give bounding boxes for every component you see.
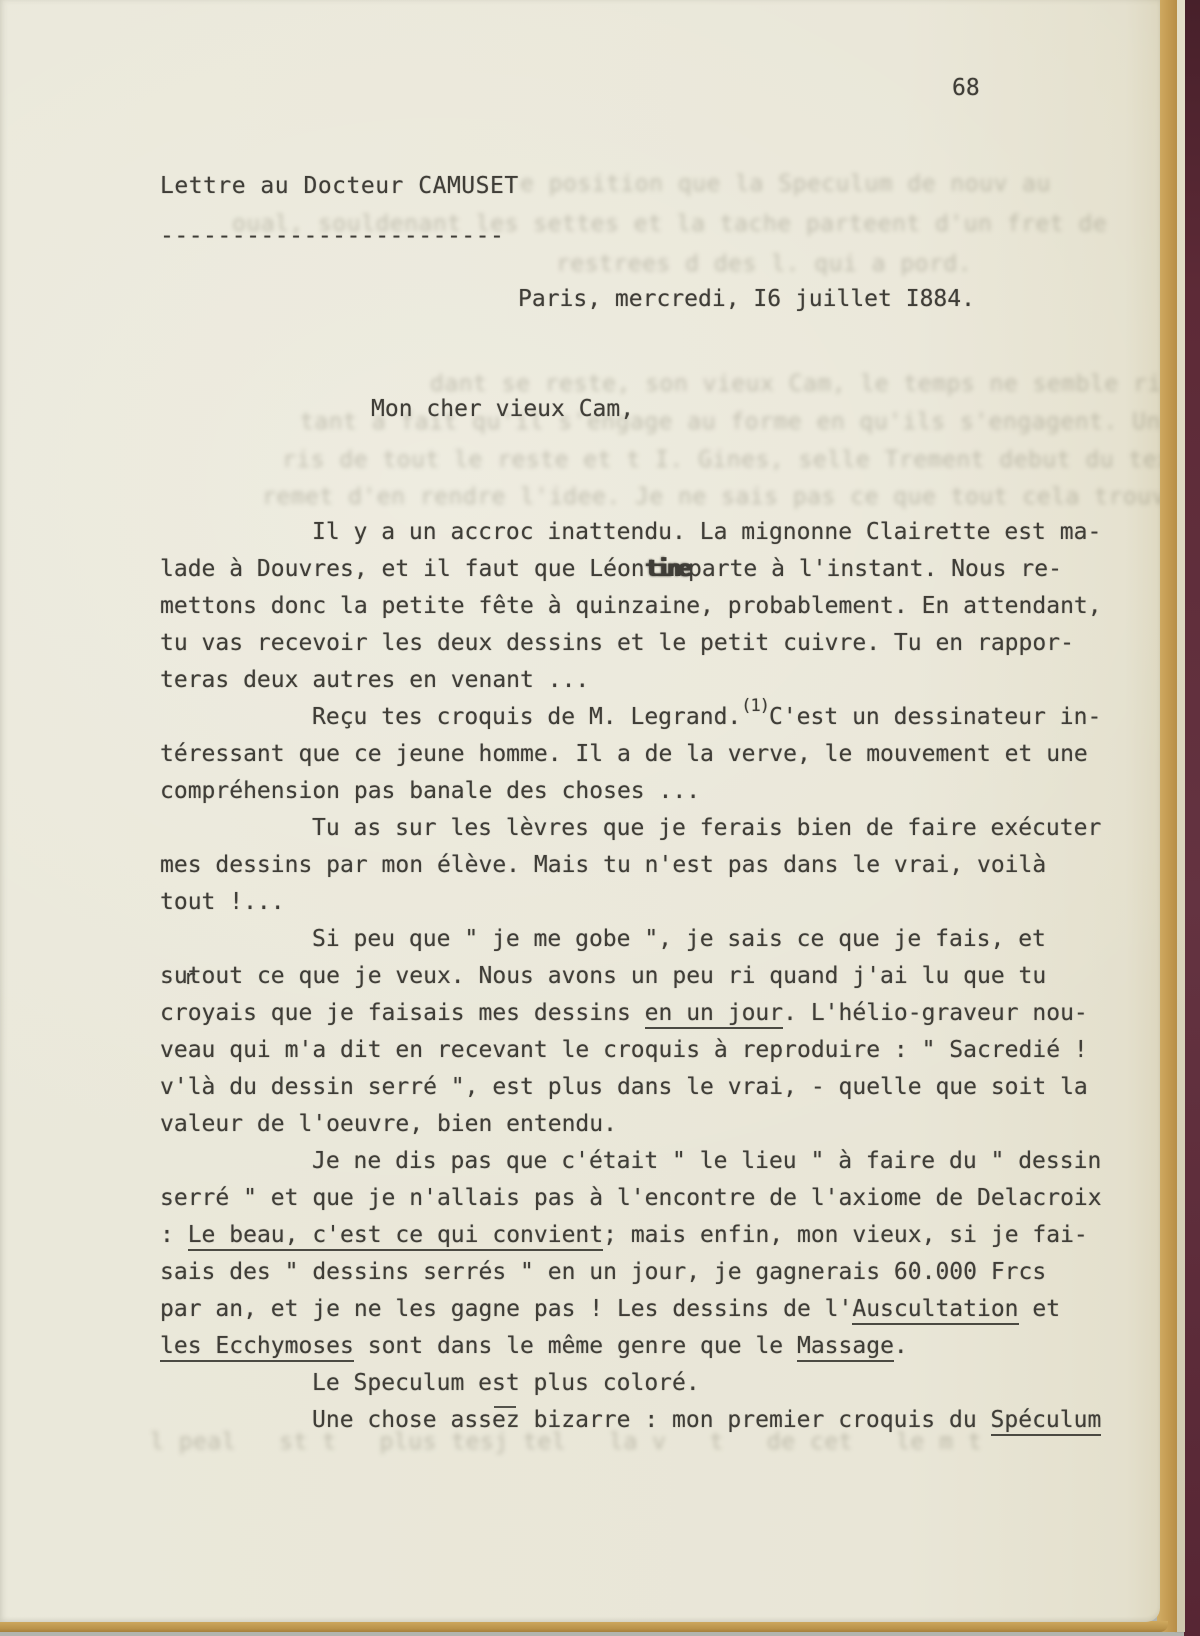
inner-page-edge: [1176, 0, 1185, 1632]
body-line: lade à Douvres, et il faut que Léontinep…: [160, 551, 1160, 588]
text-segment: ; mais enfin, mon vieux, si je fai-: [603, 1222, 1088, 1248]
text-segment-sup: (1): [741, 688, 769, 725]
text-segment: Il y a un accroc inattendu. La mignonne …: [312, 519, 1101, 545]
text-segment: téressant que ce jeune homme. Il a de la…: [160, 741, 1088, 767]
text-segment: mes dessins par mon élève. Mais tu n'est…: [160, 852, 1046, 878]
text-segment: . L'hélio-graveur nou-: [783, 1000, 1088, 1026]
text-segment: mettons donc la petite fête à quinzaine,…: [160, 593, 1102, 619]
salutation: Mon cher vieux Cam,: [371, 391, 634, 428]
text-segment: parte à l'instant. Nous re-: [688, 556, 1062, 582]
text-segment: teras deux autres en venant ...: [160, 667, 589, 693]
text-segment: sais des " dessins serrés " en un jour, …: [160, 1259, 1046, 1285]
letter-title: Lettre au Docteur CAMUSET: [160, 168, 519, 205]
body-line: tout !...: [160, 884, 1160, 921]
body-line: valeur de l'oeuvre, bien entendu.: [160, 1106, 1160, 1143]
text-segment: Une chose ass: [312, 1407, 492, 1433]
text-segment: croyais que je faisais mes dessins: [160, 1000, 645, 1026]
body-line: Si peu que " je me gobe ", je sais ce qu…: [160, 921, 1160, 958]
text-segment-strike: tine: [645, 556, 688, 582]
body-line: serré " et que je n'allais pas à l'encon…: [160, 1180, 1160, 1217]
text-segment: tout !...: [160, 889, 285, 915]
text-segment: compréhension pas banale des choses ...: [160, 778, 700, 804]
body-line: teras deux autres en venant ...: [160, 662, 1160, 699]
letter-body: Il y a un accroc inattendu. La mignonne …: [160, 514, 1160, 1449]
letter-page: e position que la Speculum de nouv auoua…: [0, 0, 1160, 1622]
body-line: veau qui m'a dit en recevant le croquis …: [160, 1032, 1160, 1069]
body-line: tu vas recevoir les deux dessins et le p…: [160, 625, 1160, 662]
bleedthrough-line: restrees d des l. qui a pord.: [556, 246, 972, 283]
text-segment: tu vas recevoir les deux dessins et le p…: [160, 630, 1074, 656]
text-segment-u: Massage: [797, 1333, 894, 1362]
text-segment: Je ne dis pas que c'était " le lieu " à …: [312, 1148, 1101, 1174]
body-line: compréhension pas banale des choses ...: [160, 773, 1160, 810]
body-line: Le Speculum est plus coloré.: [160, 1365, 1160, 1402]
text-segment: par an, et je ne les gagne pas ! Les des…: [160, 1296, 852, 1322]
body-line: téressant que ce jeune homme. Il a de la…: [160, 736, 1160, 773]
text-segment: veau qui m'a dit en recevant le croquis …: [160, 1037, 1088, 1063]
page-block-edge: [1157, 0, 1177, 1632]
text-segment: Tu as sur les lèvres que je ferais bien …: [312, 815, 1101, 841]
page-number: 68: [952, 70, 980, 107]
text-segment: v'là du dessin serré ", est plus dans le…: [160, 1074, 1088, 1100]
text-segment-u: Auscultation: [852, 1296, 1018, 1325]
body-line: les Ecchymoses sont dans le même genre q…: [160, 1328, 1160, 1365]
text-segment-u: Le beau, c'est ce qui convient: [188, 1222, 603, 1251]
bleedthrough-line: e position que la Speculum de nouv au: [520, 166, 1051, 203]
text-segment: Le Speculum est plus coloré.: [312, 1370, 700, 1396]
body-line: v'là du dessin serré ", est plus dans le…: [160, 1069, 1160, 1106]
body-line: Reçu tes croquis de M. Legrand.(1)C'est …: [160, 699, 1160, 736]
book-scan: e position que la Speculum de nouv auoua…: [0, 0, 1200, 1636]
body-line: mes dessins par mon élève. Mais tu n'est…: [160, 847, 1160, 884]
text-segment: bizarre : mon premier croquis du: [520, 1407, 991, 1433]
body-line: Il y a un accroc inattendu. La mignonne …: [160, 514, 1160, 551]
text-segment-overbar: ez: [492, 1407, 520, 1433]
text-segment: lade à Douvres, et il faut que Léon: [160, 556, 645, 582]
text-segment-u: Spéculum: [991, 1407, 1102, 1436]
body-line: Je ne dis pas que c'était " le lieu " à …: [160, 1143, 1160, 1180]
body-line: sais des " dessins serrés " en un jour, …: [160, 1254, 1160, 1291]
body-line: Une chose assez bizarre : mon premier cr…: [160, 1402, 1160, 1439]
text-segment: valeur de l'oeuvre, bien entendu.: [160, 1111, 617, 1137]
text-segment-u: en un jour: [645, 1000, 783, 1029]
text-segment: sont dans le même genre que le: [354, 1333, 797, 1359]
text-segment: tout ce que je veux. Nous avons un peu r…: [188, 963, 1047, 989]
page-bottom-edge: [0, 1621, 1168, 1632]
body-line: surtout ce que je veux. Nous avons un pe…: [160, 958, 1160, 995]
body-line: mettons donc la petite fête à quinzaine,…: [160, 588, 1160, 625]
body-line: croyais que je faisais mes dessins en un…: [160, 995, 1160, 1032]
bleedthrough-line: remet d'en rendre l'idee. Je ne sais pas…: [262, 479, 1160, 516]
text-segment-u: les Ecchymoses: [160, 1333, 354, 1362]
text-segment: Si peu que " je me gobe ", je sais ce qu…: [312, 926, 1046, 952]
text-segment: :: [160, 1222, 188, 1248]
text-segment: .: [894, 1333, 908, 1359]
bleedthrough-line: ris de tout le reste et t I. Gines, sell…: [282, 442, 1160, 479]
body-line: par an, et je ne les gagne pas ! Les des…: [160, 1291, 1160, 1328]
text-segment: C'est un dessinateur in-: [769, 704, 1101, 730]
book-cover-edge: [1184, 0, 1200, 1636]
text-segment: serré " et que je n'allais pas à l'encon…: [160, 1185, 1102, 1211]
body-line: : Le beau, c'est ce qui convient; mais e…: [160, 1217, 1160, 1254]
body-line: Tu as sur les lèvres que je ferais bien …: [160, 810, 1160, 847]
text-segment: Reçu tes croquis de M. Legrand.: [312, 704, 741, 730]
dateline: Paris, mercredi, I6 juillet I884.: [518, 281, 975, 318]
title-underline: ------------------------: [160, 218, 504, 255]
text-segment: et: [1019, 1296, 1061, 1322]
